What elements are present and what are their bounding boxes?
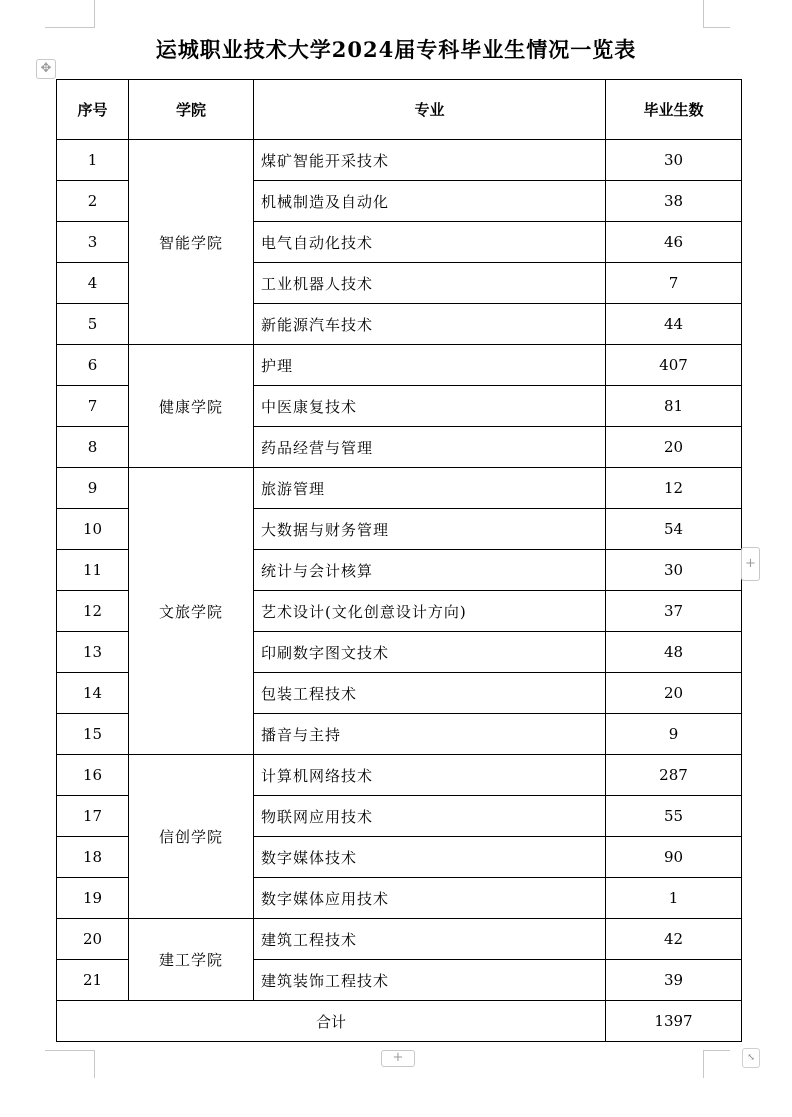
total-row: 合计 1397: [57, 1001, 742, 1042]
count-cell[interactable]: 30: [606, 140, 742, 181]
row-no[interactable]: 7: [57, 386, 129, 427]
count-cell[interactable]: 7: [606, 263, 742, 304]
table-row: 20 建工学院 建筑工程技术 42: [57, 919, 742, 960]
major-cell[interactable]: 工业机器人技术: [254, 263, 606, 304]
major-cell[interactable]: 旅游管理: [254, 468, 606, 509]
major-cell[interactable]: 电气自动化技术: [254, 222, 606, 263]
header-college: 学院: [129, 80, 254, 140]
row-no[interactable]: 12: [57, 591, 129, 632]
major-cell[interactable]: 建筑工程技术: [254, 919, 606, 960]
row-no[interactable]: 18: [57, 837, 129, 878]
table-row: 6 健康学院 护理 407: [57, 345, 742, 386]
count-cell[interactable]: 54: [606, 509, 742, 550]
count-cell[interactable]: 48: [606, 632, 742, 673]
table-row: 9 文旅学院 旅游管理 12: [57, 468, 742, 509]
table-row: 16 信创学院 计算机网络技术 287: [57, 755, 742, 796]
page-margin-corner-bottom-left: [45, 1050, 95, 1078]
row-no[interactable]: 17: [57, 796, 129, 837]
major-cell[interactable]: 护理: [254, 345, 606, 386]
total-label[interactable]: 合计: [57, 1001, 606, 1042]
row-no[interactable]: 9: [57, 468, 129, 509]
major-cell[interactable]: 药品经营与管理: [254, 427, 606, 468]
college-cell[interactable]: 文旅学院: [129, 468, 254, 755]
count-cell[interactable]: 90: [606, 837, 742, 878]
count-cell[interactable]: 407: [606, 345, 742, 386]
major-cell[interactable]: 数字媒体技术: [254, 837, 606, 878]
major-cell[interactable]: 印刷数字图文技术: [254, 632, 606, 673]
college-cell[interactable]: 健康学院: [129, 345, 254, 468]
page-margin-corner-top-right: [703, 0, 730, 28]
table-row: 1 智能学院 煤矿智能开采技术 30: [57, 140, 742, 181]
row-no[interactable]: 2: [57, 181, 129, 222]
count-cell[interactable]: 37: [606, 591, 742, 632]
row-no[interactable]: 20: [57, 919, 129, 960]
row-no[interactable]: 4: [57, 263, 129, 304]
major-cell[interactable]: 包装工程技术: [254, 673, 606, 714]
page-margin-corner-top-left: [45, 0, 95, 28]
count-cell[interactable]: 42: [606, 919, 742, 960]
row-no[interactable]: 16: [57, 755, 129, 796]
row-no[interactable]: 14: [57, 673, 129, 714]
college-cell[interactable]: 智能学院: [129, 140, 254, 345]
major-cell[interactable]: 计算机网络技术: [254, 755, 606, 796]
add-row-button[interactable]: +: [381, 1050, 415, 1067]
row-no[interactable]: 21: [57, 960, 129, 1001]
major-cell[interactable]: 艺术设计(文化创意设计方向): [254, 591, 606, 632]
major-cell[interactable]: 播音与主持: [254, 714, 606, 755]
table-header-row: 序号 学院 专业 毕业生数: [57, 80, 742, 140]
count-cell[interactable]: 287: [606, 755, 742, 796]
major-cell[interactable]: 建筑装饰工程技术: [254, 960, 606, 1001]
college-cell[interactable]: 信创学院: [129, 755, 254, 919]
count-cell[interactable]: 44: [606, 304, 742, 345]
major-cell[interactable]: 新能源汽车技术: [254, 304, 606, 345]
header-major: 专业: [254, 80, 606, 140]
row-no[interactable]: 11: [57, 550, 129, 591]
total-count[interactable]: 1397: [606, 1001, 742, 1042]
major-cell[interactable]: 物联网应用技术: [254, 796, 606, 837]
header-count: 毕业生数: [606, 80, 742, 140]
count-cell[interactable]: 38: [606, 181, 742, 222]
row-no[interactable]: 10: [57, 509, 129, 550]
major-cell[interactable]: 统计与会计核算: [254, 550, 606, 591]
major-cell[interactable]: 数字媒体应用技术: [254, 878, 606, 919]
row-no[interactable]: 13: [57, 632, 129, 673]
major-cell[interactable]: 机械制造及自动化: [254, 181, 606, 222]
count-cell[interactable]: 20: [606, 673, 742, 714]
count-cell[interactable]: 39: [606, 960, 742, 1001]
count-cell[interactable]: 46: [606, 222, 742, 263]
row-no[interactable]: 19: [57, 878, 129, 919]
row-no[interactable]: 8: [57, 427, 129, 468]
college-cell[interactable]: 建工学院: [129, 919, 254, 1001]
add-column-button[interactable]: +: [741, 547, 760, 581]
row-no[interactable]: 6: [57, 345, 129, 386]
count-cell[interactable]: 81: [606, 386, 742, 427]
count-cell[interactable]: 9: [606, 714, 742, 755]
major-cell[interactable]: 煤矿智能开采技术: [254, 140, 606, 181]
row-no[interactable]: 3: [57, 222, 129, 263]
count-cell[interactable]: 12: [606, 468, 742, 509]
header-no: 序号: [57, 80, 129, 140]
row-no[interactable]: 1: [57, 140, 129, 181]
major-cell[interactable]: 大数据与财务管理: [254, 509, 606, 550]
count-cell[interactable]: 30: [606, 550, 742, 591]
document-title: 运城职业技术大学2024届专科毕业生情况一览表: [0, 34, 792, 64]
table-move-handle-icon[interactable]: ✥: [36, 59, 56, 79]
count-cell[interactable]: 1: [606, 878, 742, 919]
table-resize-icon[interactable]: ⤡: [742, 1048, 760, 1068]
row-no[interactable]: 15: [57, 714, 129, 755]
row-no[interactable]: 5: [57, 304, 129, 345]
major-cell[interactable]: 中医康复技术: [254, 386, 606, 427]
count-cell[interactable]: 55: [606, 796, 742, 837]
graduates-table: 序号 学院 专业 毕业生数 1 智能学院 煤矿智能开采技术 30 2 机械制造及…: [56, 79, 742, 1042]
count-cell[interactable]: 20: [606, 427, 742, 468]
page-margin-corner-bottom-right: [703, 1050, 730, 1078]
